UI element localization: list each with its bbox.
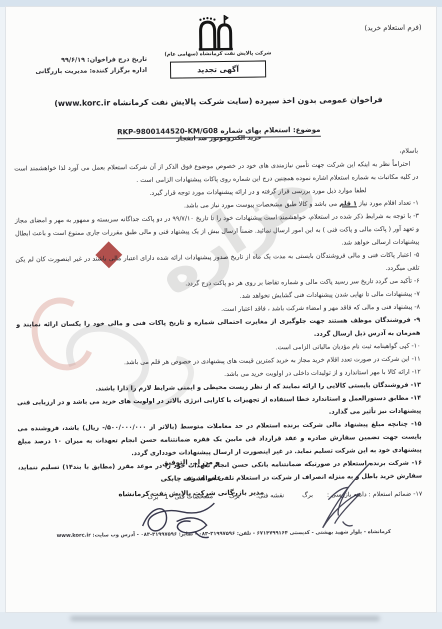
letter-body: باسلام، احتراماً نظر به اینکه این شرکت ج…: [14, 145, 422, 506]
document-page: هزاره (فرم استعلام خرید) تاریخ درج فراخو…: [6, 7, 436, 612]
footer-address-line: کرمانشاه - بلوار شهید بهشتی - کدپستی ۶۷۱…: [27, 529, 421, 540]
item-3: ۳- با توجه به شرایط ذکر شده در استعلام، …: [15, 210, 419, 254]
next-page-edge-shadow: [70, 616, 380, 621]
signature-right: [308, 457, 381, 536]
signature-manager: [136, 495, 221, 548]
form-type-label: (فرم استعلام خرید): [364, 24, 421, 33]
scanned-inquiry-document: هزاره (فرم استعلام خرید) تاریخ درج فراخو…: [0, 0, 442, 629]
refinery-arches-logo-icon: [194, 15, 240, 52]
item-1-post: می باشد و کالا طبق مشخصات پیوست مورد نیا…: [184, 201, 339, 210]
header-meta-block: تاریخ درج فراخوان: ۹۹/۶/۱۹ اداره برگزار …: [15, 54, 147, 78]
call-title: فراخوان عمومی بدون اخذ سپرده (سایت شرکت …: [3, 94, 433, 108]
company-name: شرکت پالایش نفت کرمانشاه (سهامی عام): [138, 50, 298, 58]
organizer-line: اداره برگزار کننده: مدیریت بازرگانی: [15, 65, 147, 78]
renewal-stamp: آگهی تجدید: [170, 60, 266, 78]
item-1-quantity: ۱ قلم: [339, 200, 357, 207]
item-1-pre: ۱- تعداد اقلام مورد نیاز: [357, 200, 419, 208]
company-logo-block: شرکت پالایش نفت کرمانشاه (سهامی عام) آگه…: [137, 14, 298, 79]
document-content: هزاره (فرم استعلام خرید) تاریخ درج فراخو…: [2, 4, 439, 614]
